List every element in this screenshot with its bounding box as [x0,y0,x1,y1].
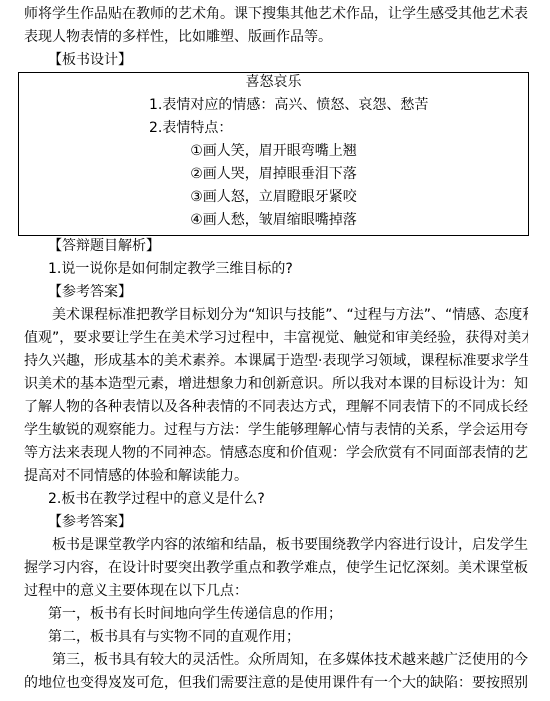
answer-1: 美术课程标准把教学目标划分为“知识与技能”、“过程与方法”、“情感、态度和价 值… [24,304,528,488]
answer-label-1: 【参考答案】 [24,281,528,304]
point-2: 第二，板书具有与实物不同的直观作用； [24,626,528,649]
board-feature: ③画人怒，立眉瞪眼牙紧咬 [19,186,528,209]
text-line: 值观”，要求要让学生在美术学习过程中，丰富视觉、触觉和审美经验，获得对美术学习的 [24,327,528,350]
text-line: 师将学生作品贴在教师的艺术角。课下搜集其他艺术作品，让学生感受其他艺术表现形式在 [24,3,528,26]
board-feature: ②画人哭，眉掉眼垂泪下落 [19,163,528,186]
board-feature: ④画人愁，皱眉缩眼嘴掉落 [19,209,528,232]
answer-2: 板书是课堂教学内容的浓缩和结晶，板书要围绕教学内容进行设计，启发学生理解和掌 握… [24,534,528,695]
text-line: 握学习内容，在设计时要突出教学重点和教学难点，使学生记忆深刻。美术课堂板书在教学 [24,557,528,580]
point-3-line: 第三，板书具有较大的灵活性。众所周知，在多媒体技术越来越广泛使用的今天，板书 [24,649,528,672]
text-line: 过程中的意义主要体现在以下几点： [24,580,528,603]
text-line: 提高对不同情感的体验和解读能力。 [24,465,528,488]
point-1: 第一，板书有长时间地向学生传递信息的作用； [24,603,528,626]
board-item-features-label: 2.表情特点： [19,117,528,140]
board-design-heading: 【板书设计】 [24,49,528,72]
text-line: 美术课程标准把教学目标划分为“知识与技能”、“过程与方法”、“情感、态度和价 [24,304,528,327]
text-line: 学生敏锐的观察能力。过程与方法：学生能够理解心情与表情的关系，学会运用夸张、变形 [24,419,528,442]
intro-paragraph: 师将学生作品贴在教师的艺术角。课下搜集其他艺术作品，让学生感受其他艺术表现形式在… [24,3,528,72]
text-line: 板书是课堂教学内容的浓缩和结晶，板书要围绕教学内容进行设计，启发学生理解和掌 [24,534,528,557]
question-2: 2.板书在教学过程中的意义是什么? [24,488,528,511]
text-line: 表现人物表情的多样性，比如雕塑、版画作品等。 [24,26,528,49]
board-title: 喜怒哀乐 [19,71,528,94]
qa-heading: 【答辩题目解析】 [24,235,528,258]
answer-label-2: 【参考答案】 [24,511,528,534]
board-design-box: 喜怒哀乐 1.表情对应的情感：高兴、愤怒、哀怨、愁苦 2.表情特点： ①画人笑，… [18,72,529,236]
text-line: 持久兴趣，形成基本的美术素养。本课属于造型·表现学习领域，课程标准要求学生观察认 [24,350,528,373]
text-line: 识美术的基本造型元素，增进想象力和创新意识。所以我对本课的目标设计为：知识与技能… [24,373,528,396]
point-3-line: 的地位也变得岌岌可危，但我们需要注意的是使用课件有一个大的缺陷：要按照别人预先设 [24,672,528,695]
qa-section: 【答辩题目解析】 1.说一说你是如何制定教学三维目标的? 【参考答案】 美术课程… [24,235,528,695]
board-item-emotions: 1.表情对应的情感：高兴、愤怒、哀怨、愁苦 [19,94,528,117]
text-line: 等方法来表现人物的不同神态。情感态度和价值观：学会欣赏有不同面部表情的艺术作品， [24,442,528,465]
text-line: 了解人物的各种表情以及各种表情的不同表达方式，理解不同表情下的不同成长经历，发展 [24,396,528,419]
board-feature: ①画人笑，眉开眼弯嘴上翘 [19,140,528,163]
question-1: 1.说一说你是如何制定教学三维目标的? [24,258,528,281]
